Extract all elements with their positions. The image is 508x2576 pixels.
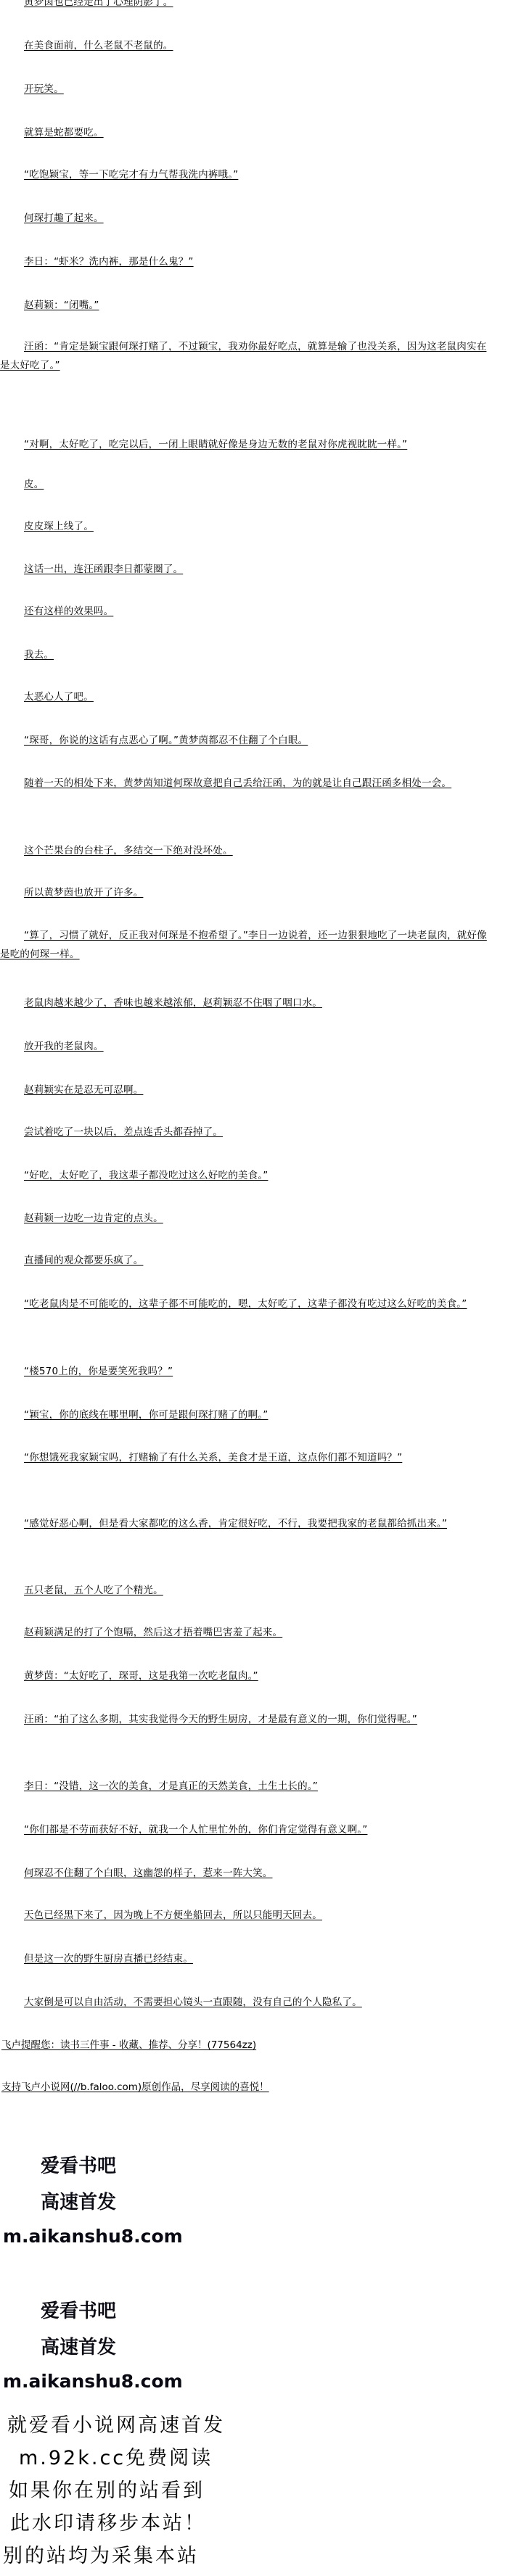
calligraphy-line: m.92k.cc免费阅读 bbox=[0, 2442, 254, 2474]
chapter-paragraph: 太恶心人了吧。 bbox=[0, 688, 493, 706]
paragraph-text: 大家倒是可以自由活动，不需要担心镜头一直跟随，没有自己的个人隐私了。 bbox=[24, 1997, 362, 2008]
paragraph-text: “楼570上的，你是要笑死我吗？” bbox=[24, 1366, 173, 1377]
chapter-paragraph: 汪函：“肯定是颖宝跟何琛打赌了，不过颖宝，我劝你最好吃点，就算是输了也没关系，因… bbox=[0, 337, 493, 375]
paragraph-text: 黄梦茵也已经走出了心理阴影了。 bbox=[24, 0, 173, 8]
watermark-subtitle: 高速首发 bbox=[0, 2329, 254, 2366]
chapter-paragraph: 大家倒是可以自由活动，不需要担心镜头一直跟随，没有自己的个人隐私了。 bbox=[0, 1993, 493, 2012]
paragraph-text: 就算是蛇都要吃。 bbox=[24, 127, 104, 139]
paragraph-text: 这个芒果台的台柱子，多结交一下绝对没坏处。 bbox=[24, 845, 233, 856]
chapter-paragraph: “算了，习惯了就好，反正我对何琛是不抱希望了。”李日一边说着，还一边狠狠地吃了一… bbox=[0, 926, 493, 964]
chapter-paragraph: 五只老鼠，五个人吃了个精光。 bbox=[0, 1581, 493, 1600]
chapter-paragraph: 赵莉颖实在是忍无可忍啊。 bbox=[0, 1081, 493, 1099]
paragraph-text: 开玩笑。 bbox=[24, 83, 64, 95]
paragraph-text: 在美食面前，什么老鼠不老鼠的。 bbox=[24, 40, 173, 51]
paragraph-text: 太恶心人了吧。 bbox=[24, 691, 94, 703]
chapter-paragraph: “好吃，太好吃了，我这辈子都没吃过这么好吃的美食。” bbox=[0, 1166, 493, 1185]
chapter-paragraph: “感觉好恶心啊，但是看大家都吃的这么香，肯定很好吃，不行，我要把我家的老鼠都给抓… bbox=[0, 1514, 493, 1533]
paragraph-text: 直播间的观众都要乐疯了。 bbox=[24, 1255, 143, 1266]
footer-reminder: 飞卢提醒您：读书三件事 - 收藏、推荐、分享！(77564zz) bbox=[1, 2036, 256, 2055]
chapter-paragraph: 所以黄梦茵也放开了许多。 bbox=[0, 883, 493, 902]
footer-support: 支持飞卢小说网(//b.faloo.com)原创作品，尽享阅读的喜悦！ bbox=[1, 2078, 269, 2097]
chapter-paragraph: “琛哥，你说的这话有点恶心了啊。”黄梦茵都忍不住翻了个白眼。 bbox=[0, 731, 493, 750]
paragraph-text: 汪函：“拍了这么多期，其实我觉得今天的野生厨房，才是最有意义的一期，你们觉得呢。… bbox=[24, 1714, 417, 1725]
watermark-block-1: 爱看书吧 高速首发 m.aikanshu8.com bbox=[0, 2148, 254, 2253]
paragraph-text: “对啊，太好吃了，吃完以后，一闭上眼睛就好像是身边无数的老鼠对你虎视眈眈一样。” bbox=[24, 439, 407, 450]
chapter-paragraph: 但是这一次的野生厨房直播已经结束。 bbox=[0, 1949, 493, 1968]
chapter-paragraph: “对啊，太好吃了，吃完以后，一闭上眼睛就好像是身边无数的老鼠对你虎视眈眈一样。” bbox=[0, 435, 493, 454]
chapter-paragraph: 汪函：“拍了这么多期，其实我觉得今天的野生厨房，才是最有意义的一期，你们觉得呢。… bbox=[0, 1710, 493, 1729]
chapter-paragraph: 我去。 bbox=[0, 645, 493, 664]
paragraph-text: “感觉好恶心啊，但是看大家都吃的这么香，肯定很好吃，不行，我要把我家的老鼠都给抓… bbox=[24, 1518, 447, 1529]
chapter-paragraph: 尝试着吃了一块以后，差点连舌头都吞掉了。 bbox=[0, 1123, 493, 1142]
paragraph-text: 赵莉颖：“闭嘴。” bbox=[24, 300, 99, 311]
calligraphy-line: 别的站均为采集本站 bbox=[0, 2540, 254, 2572]
watermark-url: m.aikanshu8.com bbox=[0, 2221, 254, 2253]
paragraph-text: 李日：“虾米？洗内裤，那是什么鬼？” bbox=[24, 256, 194, 268]
paragraph-text: 皮皮琛上线了。 bbox=[24, 521, 94, 532]
paragraph-text: “颖宝，你的底线在哪里啊，你可是跟何琛打赌了的啊。” bbox=[24, 1409, 268, 1421]
footer-reminder-text: 飞卢提醒您：读书三件事 - 收藏、推荐、分享！(77564zz) bbox=[1, 2039, 256, 2051]
paragraph-text: 这话一出，连汪函跟李日都蒙圈了。 bbox=[24, 563, 183, 575]
watermark-url: m.aikanshu8.com bbox=[0, 2366, 254, 2398]
paragraph-text: 尝试着吃了一块以后，差点连舌头都吞掉了。 bbox=[24, 1126, 223, 1138]
paragraph-text: 五只老鼠，五个人吃了个精光。 bbox=[24, 1585, 163, 1596]
paragraph-text: “你想饿死我家颖宝吗，打赌输了有什么关系，美食才是王道，这点你们都不知道吗？” bbox=[24, 1452, 402, 1464]
chapter-paragraph: 直播间的观众都要乐疯了。 bbox=[0, 1251, 493, 1270]
chapter-paragraph: 皮。 bbox=[0, 475, 493, 494]
paragraph-text: 我去。 bbox=[24, 649, 54, 661]
paragraph-text: “好吃，太好吃了，我这辈子都没吃过这么好吃的美食。” bbox=[24, 1170, 268, 1181]
chapter-paragraph: 黄梦茵：“太好吃了，琛哥，这是我第一次吃老鼠肉。” bbox=[0, 1667, 493, 1685]
paragraph-text: 放开我的老鼠肉。 bbox=[24, 1041, 104, 1052]
chapter-paragraph: 这话一出，连汪函跟李日都蒙圈了。 bbox=[0, 560, 493, 579]
chapter-paragraph: 在美食面前，什么老鼠不老鼠的。 bbox=[0, 36, 493, 55]
chapter-paragraph: 放开我的老鼠肉。 bbox=[0, 1037, 493, 1056]
watermark-subtitle: 高速首发 bbox=[0, 2184, 254, 2221]
paragraph-text: “吃饱颖宝，等一下吃完才有力气帮我洗内裤哦。” bbox=[24, 169, 238, 181]
chapter-paragraph: 开玩笑。 bbox=[0, 80, 493, 99]
calligraphy-line: 此水印请移步本站！ bbox=[0, 2507, 254, 2540]
watermark-title: 爱看书吧 bbox=[0, 2148, 254, 2184]
paragraph-text: 赵莉颖一边吃一边肯定的点头。 bbox=[24, 1213, 163, 1224]
paragraph-text: 赵莉颖实在是忍无可忍啊。 bbox=[24, 1084, 143, 1096]
calligraphy-line: 如果你在别的站看到 bbox=[0, 2474, 254, 2507]
watermark-block-2: 爱看书吧 高速首发 m.aikanshu8.com bbox=[0, 2293, 254, 2398]
paragraph-text: 随着一天的相处下来，黄梦茵知道何琛故意把自己丢给汪函，为的就是让自己跟汪函多相处… bbox=[24, 777, 451, 789]
paragraph-text: 皮。 bbox=[24, 479, 44, 490]
paragraph-text: 赵莉颖满足的打了个饱嗝，然后这才捂着嘴巴害羞了起来。 bbox=[24, 1627, 282, 1638]
paragraph-text: 老鼠肉越来越少了，香味也越来越浓郁，赵莉颖忍不住咽了咽口水。 bbox=[24, 997, 322, 1009]
chapter-paragraph: 这个芒果台的台柱子，多结交一下绝对没坏处。 bbox=[0, 841, 493, 860]
chapter-paragraph: 老鼠肉越来越少了，香味也越来越浓郁，赵莉颖忍不住咽了咽口水。 bbox=[0, 994, 493, 1012]
calligraphy-watermark: 就爱看小说网高速首发 m.92k.cc免费阅读 如果你在别的站看到 此水印请移步… bbox=[0, 2409, 254, 2572]
chapter-paragraph: “你想饿死我家颖宝吗，打赌输了有什么关系，美食才是王道，这点你们都不知道吗？” bbox=[0, 1448, 493, 1467]
chapter-paragraph: 天色已经黑下来了，因为晚上不方便坐船回去，所以只能明天回去。 bbox=[0, 1906, 493, 1925]
chapter-paragraph: 赵莉颖：“闭嘴。” bbox=[0, 296, 493, 315]
chapter-paragraph: “吃饱颖宝，等一下吃完才有力气帮我洗内裤哦。” bbox=[0, 165, 493, 184]
paragraph-text: 天色已经黑下来了，因为晚上不方便坐船回去，所以只能明天回去。 bbox=[24, 1910, 322, 1921]
chapter-paragraph: 李日：“虾米？洗内裤，那是什么鬼？” bbox=[0, 252, 493, 271]
paragraph-text: 汪函：“肯定是颖宝跟何琛打赌了，不过颖宝，我劝你最好吃点，就算是输了也没关系，因… bbox=[0, 341, 486, 371]
chapter-paragraph: 赵莉颖满足的打了个饱嗝，然后这才捂着嘴巴害羞了起来。 bbox=[0, 1623, 493, 1642]
calligraphy-line: 就爱看小说网高速首发 bbox=[0, 2409, 254, 2442]
paragraph-text: 黄梦茵：“太好吃了，琛哥，这是我第一次吃老鼠肉。” bbox=[24, 1670, 258, 1682]
chapter-paragraph: 何琛忍不住翻了个白眼，这幽怨的样子，惹来一阵大笑。 bbox=[0, 1864, 493, 1883]
paragraph-text: 但是这一次的野生厨房直播已经结束。 bbox=[24, 1953, 193, 1965]
paragraph-text: 李日：“没错，这一次的美食，才是真正的天然美食，土生土长的。” bbox=[24, 1780, 318, 1792]
chapter-paragraph: 随着一天的相处下来，黄梦茵知道何琛故意把自己丢给汪函，为的就是让自己跟汪函多相处… bbox=[0, 774, 493, 793]
paragraph-text: 还有这样的效果吗。 bbox=[24, 606, 113, 617]
paragraph-text: 所以黄梦茵也放开了许多。 bbox=[24, 887, 143, 899]
chapter-paragraph: “你们都是不劳而获好不好，就我一个人忙里忙外的，你们肯定觉得有意义啊。” bbox=[0, 1820, 493, 1839]
paragraph-text: “你们都是不劳而获好不好，就我一个人忙里忙外的，你们肯定觉得有意义啊。” bbox=[24, 1824, 367, 1836]
chapter-paragraph: “吃老鼠肉是不可能吃的，这辈子都不可能吃的，嗯，太好吃了，这辈子都没有吃过这么好… bbox=[0, 1295, 493, 1313]
chapter-paragraph: 皮皮琛上线了。 bbox=[0, 517, 493, 536]
chapter-paragraph: 赵莉颖一边吃一边肯定的点头。 bbox=[0, 1209, 493, 1228]
chapter-paragraph: 黄梦茵也已经走出了心理阴影了。 bbox=[0, 0, 493, 12]
chapter-page: 黄梦茵也已经走出了心理阴影了。在美食面前，什么老鼠不老鼠的。开玩笑。就算是蛇都要… bbox=[0, 0, 508, 2576]
chapter-paragraph: “颖宝，你的底线在哪里啊，你可是跟何琛打赌了的啊。” bbox=[0, 1405, 493, 1424]
paragraph-text: 何琛忍不住翻了个白眼，这幽怨的样子，惹来一阵大笑。 bbox=[24, 1867, 273, 1879]
watermark-title: 爱看书吧 bbox=[0, 2293, 254, 2329]
paragraph-text: “琛哥，你说的这话有点恶心了啊。”黄梦茵都忍不住翻了个白眼。 bbox=[24, 735, 308, 746]
chapter-paragraph: 何琛打趣了起来。 bbox=[0, 209, 493, 228]
footer-support-text: 支持飞卢小说网(//b.faloo.com)原创作品，尽享阅读的喜悦！ bbox=[1, 2081, 269, 2093]
paragraph-text: 何琛打趣了起来。 bbox=[24, 212, 104, 224]
chapter-paragraph: 李日：“没错，这一次的美食，才是真正的天然美食，土生土长的。” bbox=[0, 1777, 493, 1796]
paragraph-text: “算了，习惯了就好，反正我对何琛是不抱希望了。”李日一边说着，还一边狠狠地吃了一… bbox=[0, 930, 487, 960]
chapter-paragraph: “楼570上的，你是要笑死我吗？” bbox=[0, 1362, 493, 1381]
paragraph-text: “吃老鼠肉是不可能吃的，这辈子都不可能吃的，嗯，太好吃了，这辈子都没有吃过这么好… bbox=[24, 1298, 467, 1310]
chapter-paragraph: 还有这样的效果吗。 bbox=[0, 602, 493, 621]
chapter-paragraph: 就算是蛇都要吃。 bbox=[0, 123, 493, 142]
